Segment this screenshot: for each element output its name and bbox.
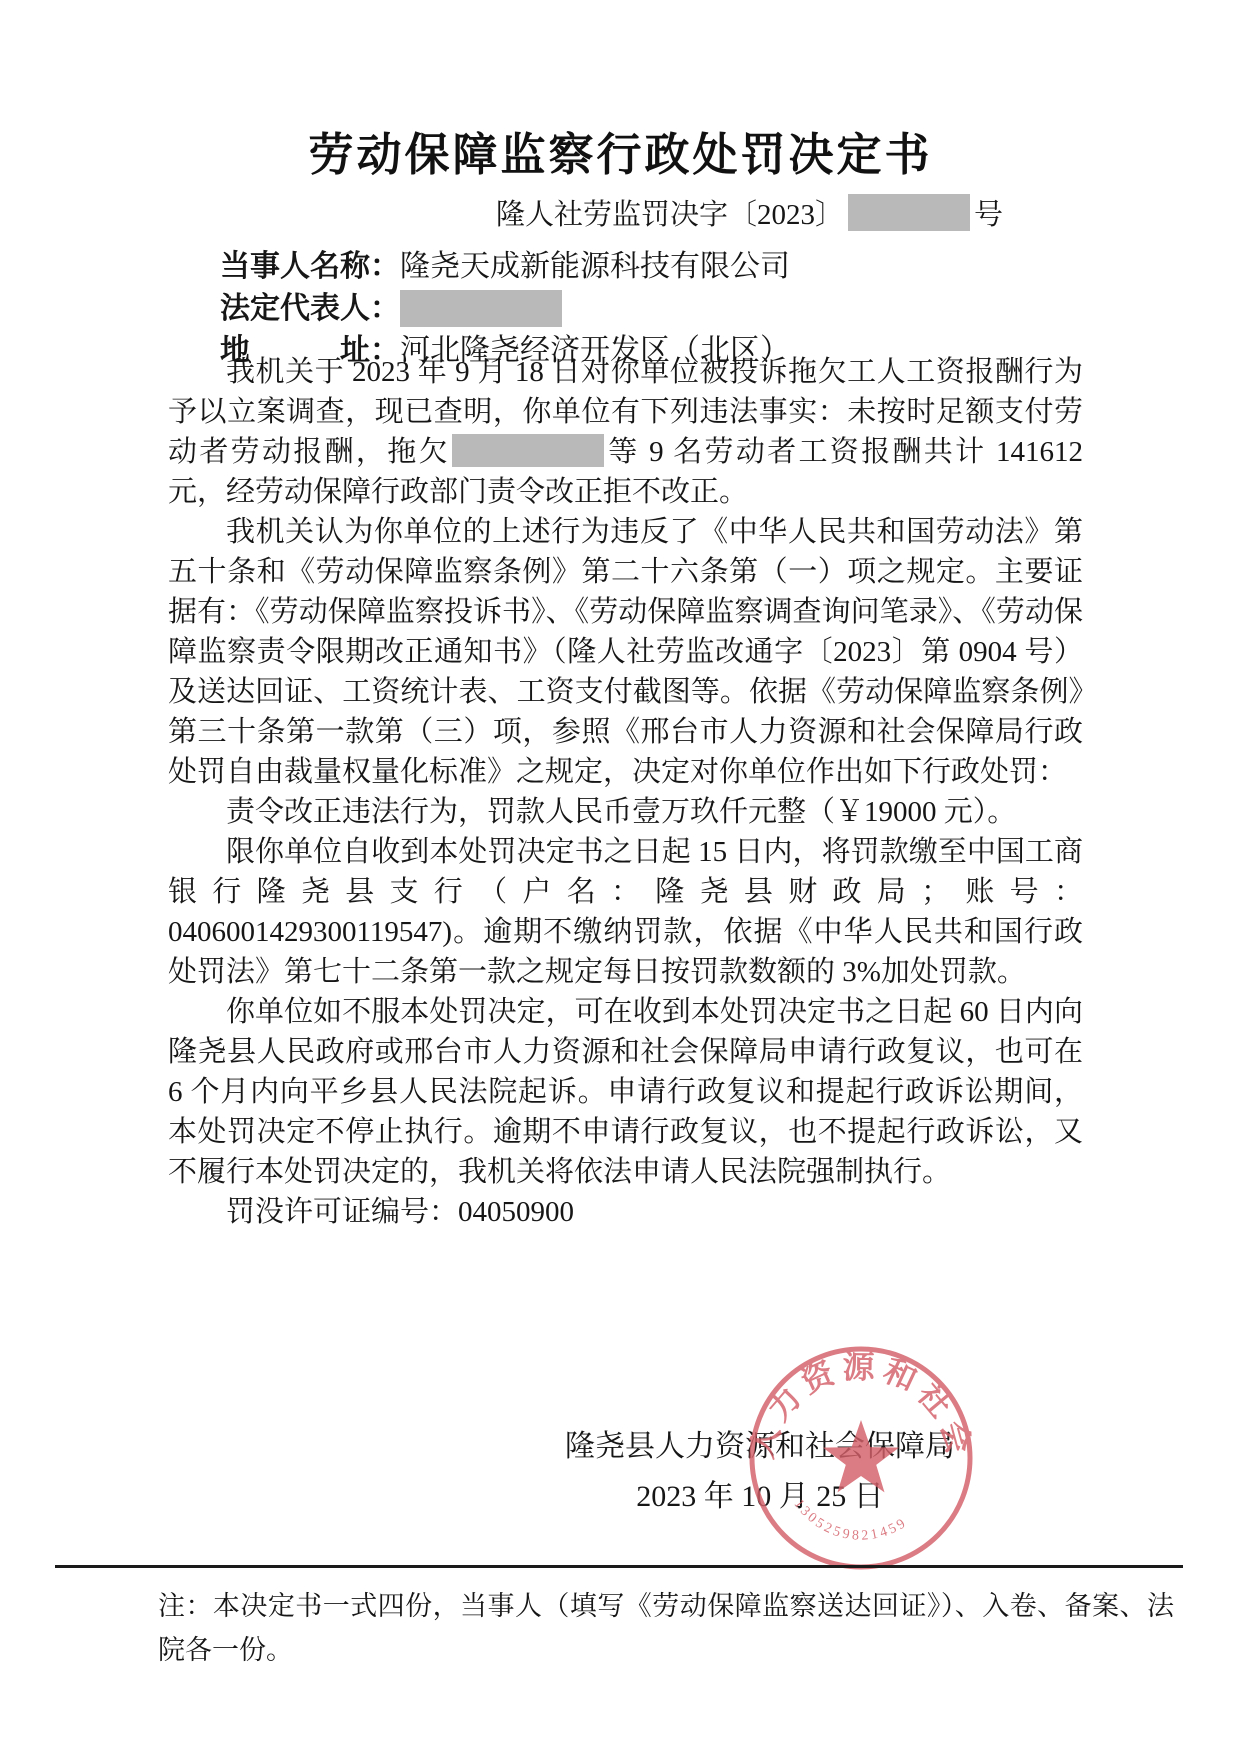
document-title: 劳动保障监察行政处罚决定书 [0, 118, 1241, 183]
field-value: 隆尧天成新能源科技有限公司 [400, 250, 790, 283]
issuing-agency: 隆尧县人力资源和社会保障局 [540, 1422, 980, 1472]
field-row: 法定代表人： [220, 288, 1100, 330]
body-paragraph: 责令改正违法行为，罚款人民币壹万玖仟元整（￥19000 元）。 [168, 792, 1083, 832]
body-paragraph: 我机关于 2023 年 9 月 18 日对你单位被投诉拖欠工人工资报酬行为予以立… [168, 352, 1083, 512]
issue-date: 2023 年 10 月 25 日 [540, 1472, 980, 1522]
body-paragraph: 限你单位自收到本处罚决定书之日起 15 日内，将罚款缴至中国工商银行隆尧县支行（… [168, 832, 1083, 992]
body-paragraph: 你单位如不服本处罚决定，可在收到本处罚决定书之日起 60 日内向隆尧县人民政府或… [168, 992, 1083, 1192]
penalty-decision-document: 劳动保障监察行政处罚决定书 隆人社劳监罚决字〔2023〕 号 当事人名称：隆尧天… [0, 0, 1241, 1754]
document-number-line: 隆人社劳监罚决字〔2023〕 号 [496, 192, 1003, 233]
body-paragraph: 罚没许可证编号：04050900 [168, 1192, 1083, 1232]
footer-note: 注：本决定书一式四份，当事人（填写《劳动保障监察送达回证》）、入卷、备案、法院各… [158, 1584, 1174, 1672]
redaction-box [848, 194, 970, 231]
field-label: 当事人名称： [220, 250, 400, 283]
body-paragraph: 我机关认为你单位的上述行为违反了《中华人民共和国劳动法》第五十条和《劳动保障监察… [168, 512, 1083, 792]
document-number-suffix: 号 [974, 192, 1003, 233]
field-label: 法定代表人： [220, 292, 400, 325]
field-row: 当事人名称：隆尧天成新能源科技有限公司 [220, 246, 1100, 288]
decision-body: 我机关于 2023 年 9 月 18 日对你单位被投诉拖欠工人工资报酬行为予以立… [168, 352, 1083, 1232]
footer-divider [55, 1565, 1183, 1568]
document-number-prefix: 隆人社劳监罚决字〔2023〕 [496, 192, 844, 233]
redaction-box [452, 434, 604, 467]
signature-block: 隆尧县人力资源和社会保障局 2023 年 10 月 25 日 [540, 1422, 980, 1522]
redaction-box [400, 290, 562, 327]
